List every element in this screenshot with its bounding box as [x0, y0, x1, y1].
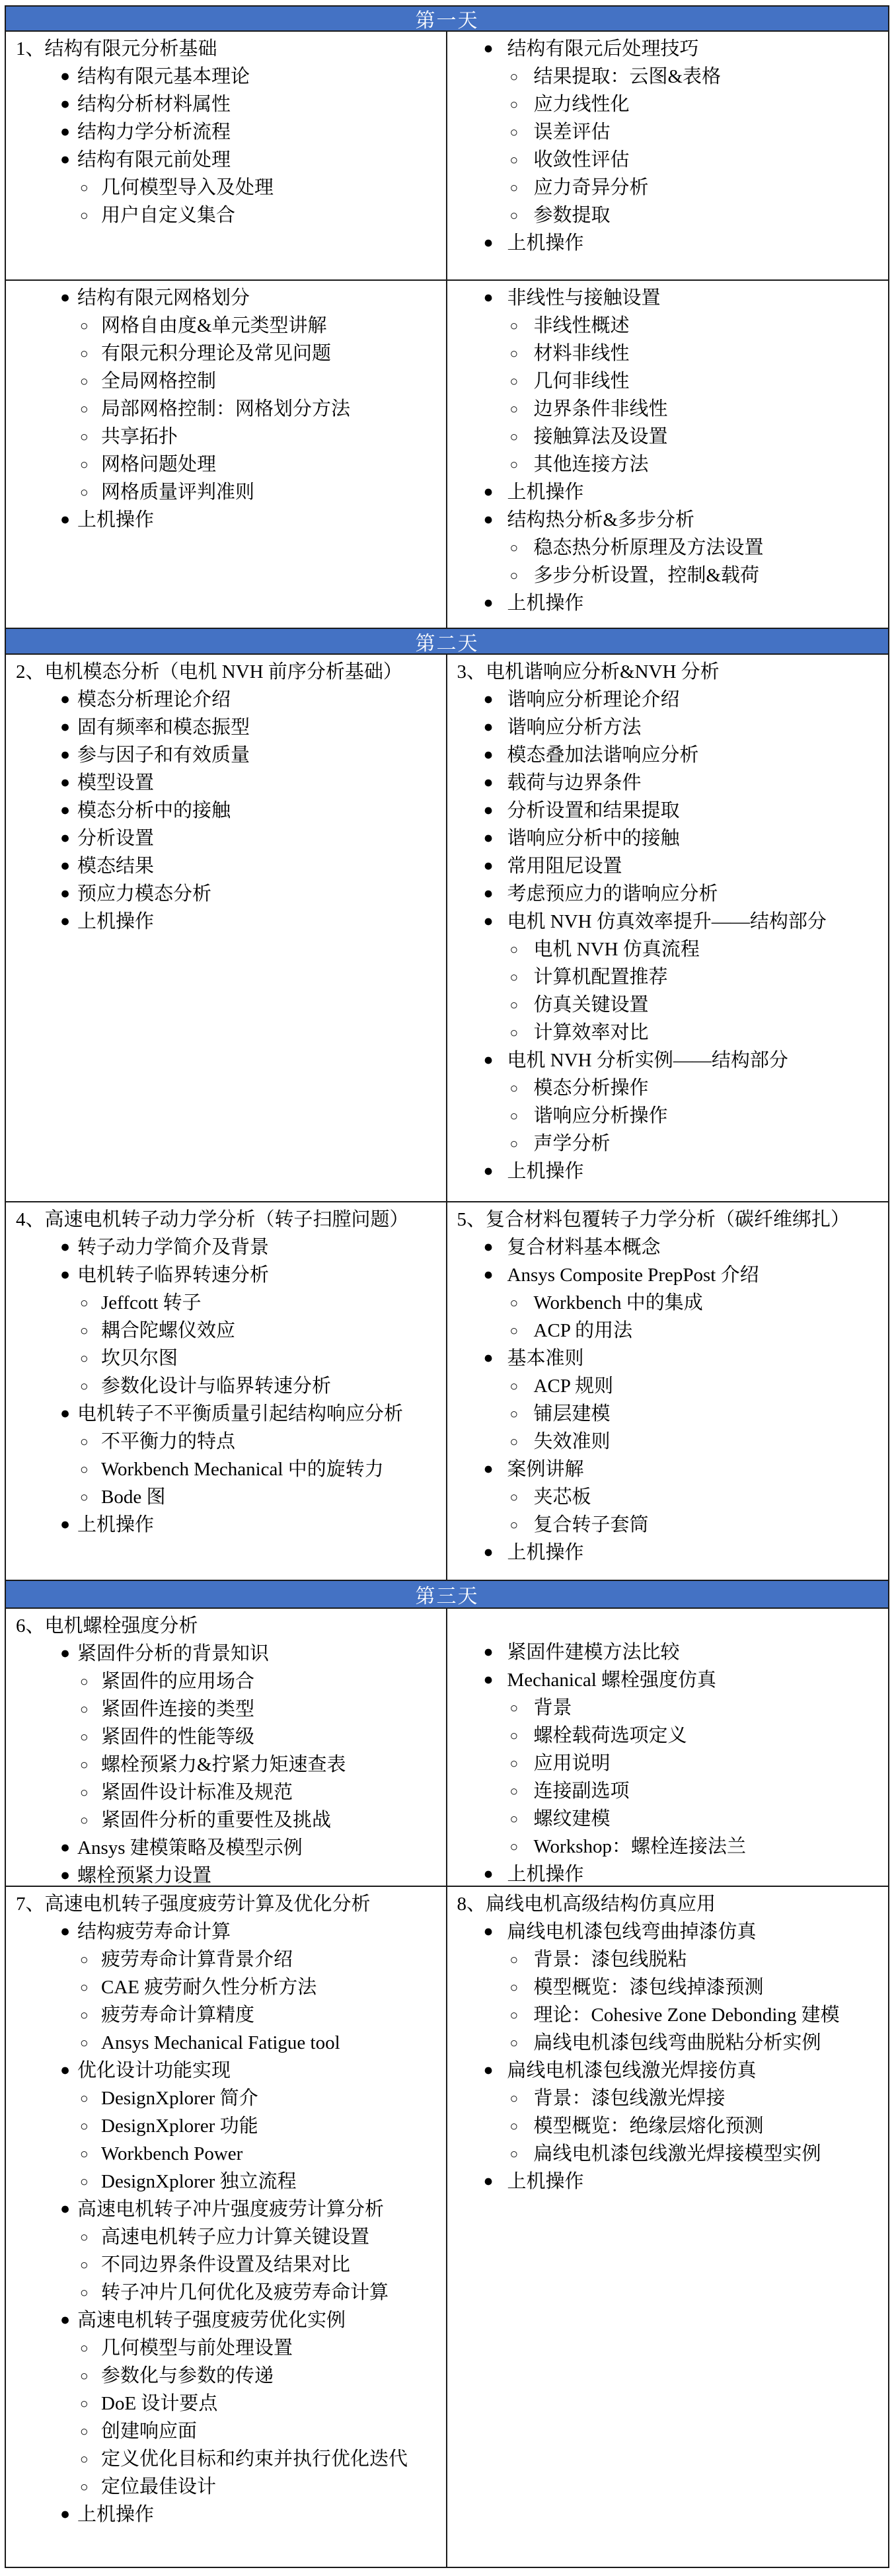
- course-outline-page: 第一天 1、结构有限元分析基础●结构有限元基本理论●结构分析材料属性●结构力学分…: [0, 0, 894, 2576]
- item-text: 接触算法及设置: [534, 423, 883, 451]
- item-text: 非线性概述: [534, 312, 883, 340]
- item-text: 结构有限元后处理技巧: [507, 35, 883, 63]
- list-item: ●谐响应分析方法: [447, 714, 883, 741]
- list-item: ●分析设置和结果提取: [447, 797, 883, 825]
- item-text: 非线性与接触设置: [507, 284, 883, 312]
- list-item: ○材料非线性: [447, 340, 883, 367]
- list-item: ○疲劳寿命计算精度: [6, 2001, 441, 2029]
- list-item: ○铺层建模: [447, 1400, 883, 1428]
- list-item: ○螺纹建模: [447, 1805, 883, 1833]
- list-item: ○ACP 的用法: [447, 1317, 883, 1344]
- disc-bullet-icon: ●: [60, 2306, 77, 2334]
- list-item: ○Workbench 中的集成: [447, 1289, 883, 1317]
- item-text: 坎贝尔图: [101, 1344, 441, 1372]
- list-item: ○不平衡力的特点: [6, 1428, 441, 1455]
- list-item: ●高速电机转子冲片强度疲劳计算分析: [6, 2195, 441, 2223]
- list-item: ○DoE 设计要点: [6, 2390, 441, 2417]
- item-text: 几何模型导入及处理: [101, 174, 441, 202]
- disc-bullet-icon: ●: [60, 118, 77, 146]
- circle-bullet-icon: ○: [510, 991, 534, 1019]
- disc-bullet-icon: ●: [484, 2057, 507, 2084]
- circle-bullet-icon: ○: [80, 423, 101, 451]
- list-item: ○网格自由度&单元类型讲解: [6, 312, 441, 340]
- item-text: 应力奇异分析: [534, 174, 883, 202]
- item-text: Ansys Mechanical Fatigue tool: [101, 2029, 441, 2057]
- item-text: 高速电机转子应力计算关键设置: [101, 2223, 441, 2251]
- list-item: ○稳态热分析原理及方法设置: [447, 534, 883, 562]
- list-item: ●模态叠加法谐响应分析: [447, 741, 883, 769]
- item-text: 转子动力学简介及背景: [77, 1233, 441, 1261]
- list-item: ○紧固件设计标准及规范: [6, 1779, 441, 1806]
- day-1-header: 第一天: [6, 7, 888, 32]
- disc-bullet-icon: ●: [484, 1261, 507, 1289]
- list-item: ○其他连接方法: [447, 451, 883, 478]
- disc-bullet-icon: ●: [60, 1640, 77, 1668]
- circle-bullet-icon: ○: [80, 1751, 101, 1779]
- list-item: ○谐响应分析操作: [447, 1102, 883, 1130]
- disc-bullet-icon: ●: [60, 1400, 77, 1428]
- table-cell: 1、结构有限元分析基础●结构有限元基本理论●结构分析材料属性●结构力学分析流程●…: [6, 32, 447, 279]
- list-item: ○转子冲片几何优化及疲劳寿命计算: [6, 2279, 441, 2306]
- circle-bullet-icon: ○: [80, 1455, 101, 1483]
- circle-bullet-icon: ○: [80, 1973, 101, 2001]
- list-item: ○背景: [447, 1694, 883, 1722]
- item-text: 夹芯板: [534, 1483, 883, 1511]
- circle-bullet-icon: ○: [510, 1289, 534, 1317]
- circle-bullet-icon: ○: [510, 1833, 534, 1860]
- item-text: 模态分析中的接触: [77, 797, 441, 825]
- circle-bullet-icon: ○: [510, 1694, 534, 1722]
- list-item: ○定义优化目标和约束并执行优化迭代: [6, 2445, 441, 2473]
- list-item: ○模态分析操作: [447, 1074, 883, 1102]
- section-heading: 6、电机螺栓强度分析: [6, 1612, 441, 1640]
- item-text: 上机操作: [507, 589, 883, 617]
- item-text: 上机操作: [507, 2168, 883, 2195]
- disc-bullet-icon: ●: [60, 1918, 77, 1946]
- circle-bullet-icon: ○: [80, 2001, 101, 2029]
- item-text: 扁线电机漆包线激光焊接模型实例: [534, 2140, 883, 2168]
- table-row: 6、电机螺栓强度分析●紧固件分析的背景知识○紧固件的应用场合○紧固件连接的类型○…: [6, 1609, 888, 1887]
- circle-bullet-icon: ○: [80, 2473, 101, 2501]
- item-text: 模态结果: [77, 852, 441, 880]
- list-item: ○参数化设计与临界转速分析: [6, 1372, 441, 1400]
- table-row: 7、高速电机转子强度疲劳计算及优化分析●结构疲劳寿命计算○疲劳寿命计算背景介绍○…: [6, 1887, 888, 2567]
- item-text: 高速电机转子冲片强度疲劳计算分析: [77, 2195, 441, 2223]
- item-text: 紧固件连接的类型: [101, 1695, 441, 1723]
- list-item: ●上机操作: [6, 908, 441, 936]
- item-text: 结果提取：云图&表格: [534, 63, 883, 91]
- circle-bullet-icon: ○: [80, 1723, 101, 1751]
- disc-bullet-icon: ●: [484, 880, 507, 908]
- item-text: 收敛性评估: [534, 146, 883, 174]
- list-item: ○计算机配置推荐: [447, 963, 883, 991]
- list-item: ●结构热分析&多步分析: [447, 506, 883, 534]
- list-item: ○螺栓预紧力&拧紧力矩速查表: [6, 1751, 441, 1779]
- section-title: 高速电机转子动力学分析（转子扫膛问题）: [45, 1206, 409, 1233]
- item-text: 扁线电机漆包线弯曲掉漆仿真: [507, 1918, 883, 1946]
- list-item: ●上机操作: [447, 478, 883, 506]
- list-item: ○用户自定义集合: [6, 202, 441, 229]
- disc-bullet-icon: ●: [484, 714, 507, 741]
- table-row: 1、结构有限元分析基础●结构有限元基本理论●结构分析材料属性●结构力学分析流程●…: [6, 32, 888, 281]
- item-text: 不平衡力的特点: [101, 1428, 441, 1455]
- list-item: ○模型概览：绝缘层熔化预测: [447, 2112, 883, 2140]
- section-number: 2、: [16, 658, 45, 686]
- list-item: ○理论：Cohesive Zone Debonding 建模: [447, 2001, 883, 2029]
- item-text: 分析设置和结果提取: [507, 797, 883, 825]
- disc-bullet-icon: ●: [60, 825, 77, 852]
- disc-bullet-icon: ●: [60, 880, 77, 908]
- disc-bullet-icon: ●: [484, 35, 507, 63]
- item-text: 背景：漆包线激光焊接: [534, 2084, 883, 2112]
- list-item: ●上机操作: [447, 589, 883, 617]
- disc-bullet-icon: ●: [484, 2168, 507, 2195]
- disc-bullet-icon: ●: [60, 852, 77, 880]
- list-item: ●上机操作: [447, 229, 883, 257]
- item-text: 疲劳寿命计算精度: [101, 2001, 441, 2029]
- disc-bullet-icon: ●: [60, 284, 77, 312]
- list-item: ●扁线电机漆包线弯曲掉漆仿真: [447, 1918, 883, 1946]
- section-heading: 7、高速电机转子强度疲劳计算及优化分析: [6, 1890, 441, 1918]
- list-item: ●谐响应分析理论介绍: [447, 686, 883, 714]
- item-text: 谐响应分析理论介绍: [507, 686, 883, 714]
- item-text: 有限元积分理论及常见问题: [101, 340, 441, 367]
- list-item: ○误差评估: [447, 118, 883, 146]
- circle-bullet-icon: ○: [510, 1483, 534, 1511]
- disc-bullet-icon: ●: [60, 797, 77, 825]
- section-heading: 3、电机谐响应分析&NVH 分析: [447, 658, 883, 686]
- item-text: 网格自由度&单元类型讲解: [101, 312, 441, 340]
- disc-bullet-icon: ●: [484, 1666, 507, 1694]
- item-text: Ansys 建模策略及模型示例: [77, 1834, 441, 1862]
- item-text: 上机操作: [507, 229, 883, 257]
- disc-bullet-icon: ●: [484, 908, 507, 936]
- list-item: ○耦合陀螺仪效应: [6, 1317, 441, 1344]
- disc-bullet-icon: ●: [60, 908, 77, 936]
- list-item: ○非线性概述: [447, 312, 883, 340]
- list-item: ○几何模型导入及处理: [6, 174, 441, 202]
- item-text: 参与因子和有效质量: [77, 741, 441, 769]
- item-text: 失效准则: [534, 1428, 883, 1455]
- section-number: 6、: [16, 1612, 45, 1640]
- list-item: ○紧固件的性能等级: [6, 1723, 441, 1751]
- table-cell: 8、扁线电机高级结构仿真应用●扁线电机漆包线弯曲掉漆仿真○背景：漆包线脱粘○模型…: [447, 1887, 889, 2567]
- circle-bullet-icon: ○: [510, 963, 534, 991]
- item-text: 高速电机转子强度疲劳优化实例: [77, 2306, 441, 2334]
- list-item: ○几何非线性: [447, 367, 883, 395]
- circle-bullet-icon: ○: [510, 1722, 534, 1749]
- list-item: ●Mechanical 螺栓强度仿真: [447, 1666, 883, 1694]
- disc-bullet-icon: ●: [484, 1233, 507, 1261]
- list-item: ●模态分析中的接触: [6, 797, 441, 825]
- item-text: 结构力学分析流程: [77, 118, 441, 146]
- item-text: Workshop：螺栓连接法兰: [534, 1833, 883, 1860]
- item-text: 螺栓预紧力&拧紧力矩速查表: [101, 1751, 441, 1779]
- list-item: ○CAE 疲劳耐久性分析方法: [6, 1973, 441, 2001]
- circle-bullet-icon: ○: [80, 1946, 101, 1973]
- item-text: 理论：Cohesive Zone Debonding 建模: [534, 2001, 883, 2029]
- list-item: ●参与因子和有效质量: [6, 741, 441, 769]
- circle-bullet-icon: ○: [80, 2168, 101, 2195]
- disc-bullet-icon: ●: [60, 769, 77, 797]
- list-item: ●模型设置: [6, 769, 441, 797]
- circle-bullet-icon: ○: [80, 1317, 101, 1344]
- section-title: 电机谐响应分析&NVH 分析: [486, 658, 720, 686]
- list-item: ●载荷与边界条件: [447, 769, 883, 797]
- disc-bullet-icon: ●: [484, 741, 507, 769]
- item-text: 共享拓扑: [101, 423, 441, 451]
- list-item: ●紧固件建模方法比较: [447, 1638, 883, 1666]
- item-text: 用户自定义集合: [101, 202, 441, 229]
- list-item: ○扁线电机漆包线激光焊接模型实例: [447, 2140, 883, 2168]
- list-item: ●电机 NVH 分析实例——结构部分: [447, 1047, 883, 1074]
- disc-bullet-icon: ●: [60, 2501, 77, 2528]
- list-item: ●谐响应分析中的接触: [447, 825, 883, 852]
- item-text: 紧固件建模方法比较: [507, 1638, 883, 1666]
- list-item: ●结构有限元网格划分: [6, 284, 441, 312]
- item-text: 电机 NVH 分析实例——结构部分: [507, 1047, 883, 1074]
- list-item: ○定位最佳设计: [6, 2473, 441, 2501]
- list-item: ○不同边界条件设置及结果对比: [6, 2251, 441, 2279]
- section-heading: 5、复合材料包覆转子力学分析（碳纤维绑扎）: [447, 1206, 883, 1233]
- item-text: 优化设计功能实现: [77, 2057, 441, 2084]
- circle-bullet-icon: ○: [80, 2084, 101, 2112]
- circle-bullet-icon: ○: [80, 1779, 101, 1806]
- list-item: ●上机操作: [6, 1511, 441, 1539]
- item-text: 模态分析操作: [534, 1074, 883, 1102]
- item-text: 定义优化目标和约束并执行优化迭代: [101, 2445, 441, 2473]
- circle-bullet-icon: ○: [510, 1074, 534, 1102]
- circle-bullet-icon: ○: [510, 2140, 534, 2168]
- item-text: ACP 的用法: [534, 1317, 883, 1344]
- item-text: 多步分析设置，控制&载荷: [534, 562, 883, 589]
- list-item: ○边界条件非线性: [447, 395, 883, 423]
- item-text: 不同边界条件设置及结果对比: [101, 2251, 441, 2279]
- disc-bullet-icon: ●: [484, 1047, 507, 1074]
- disc-bullet-icon: ●: [484, 1344, 507, 1372]
- section-heading: 1、结构有限元分析基础: [6, 35, 441, 63]
- list-item: ●非线性与接触设置: [447, 284, 883, 312]
- list-item: ○应力奇异分析: [447, 174, 883, 202]
- circle-bullet-icon: ○: [510, 146, 534, 174]
- item-text: 基本准则: [507, 1344, 883, 1372]
- disc-bullet-icon: ●: [484, 1539, 507, 1566]
- disc-bullet-icon: ●: [484, 825, 507, 852]
- circle-bullet-icon: ○: [80, 1668, 101, 1695]
- circle-bullet-icon: ○: [80, 395, 101, 423]
- list-item: ○紧固件的应用场合: [6, 1668, 441, 1695]
- list-item: ●结构疲劳寿命计算: [6, 1918, 441, 1946]
- disc-bullet-icon: ●: [60, 1834, 77, 1862]
- item-text: DoE 设计要点: [101, 2390, 441, 2417]
- item-text: DesignXplorer 简介: [101, 2084, 441, 2112]
- list-item: ●上机操作: [6, 2501, 441, 2528]
- disc-bullet-icon: ●: [60, 1233, 77, 1261]
- item-text: Bode 图: [101, 1483, 441, 1511]
- item-text: 网格问题处理: [101, 451, 441, 478]
- circle-bullet-icon: ○: [510, 2084, 534, 2112]
- disc-bullet-icon: ●: [60, 91, 77, 118]
- item-text: 边界条件非线性: [534, 395, 883, 423]
- list-item: ○ACP 规则: [447, 1372, 883, 1400]
- item-text: 结构疲劳寿命计算: [77, 1918, 441, 1946]
- list-item: ●案例讲解: [447, 1455, 883, 1483]
- table-cell: 7、高速电机转子强度疲劳计算及优化分析●结构疲劳寿命计算○疲劳寿命计算背景介绍○…: [6, 1887, 447, 2567]
- day-3-header: 第三天: [6, 1581, 888, 1609]
- circle-bullet-icon: ○: [510, 1400, 534, 1428]
- section-number: 3、: [457, 658, 486, 686]
- circle-bullet-icon: ○: [80, 2390, 101, 2417]
- item-text: Workbench Mechanical 中的旋转力: [101, 1455, 441, 1483]
- disc-bullet-icon: ●: [60, 1862, 77, 1886]
- table-cell: 4、高速电机转子动力学分析（转子扫膛问题）●转子动力学简介及背景●电机转子临界转…: [6, 1202, 447, 1580]
- list-item: ○DesignXplorer 简介: [6, 2084, 441, 2112]
- item-text: 模态分析理论介绍: [77, 686, 441, 714]
- item-text: 固有频率和模态振型: [77, 714, 441, 741]
- list-item: ○网格质量评判准则: [6, 478, 441, 506]
- circle-bullet-icon: ○: [80, 2112, 101, 2140]
- circle-bullet-icon: ○: [510, 63, 534, 91]
- item-text: 紧固件的性能等级: [101, 1723, 441, 1751]
- list-item: ○坎贝尔图: [6, 1344, 441, 1372]
- circle-bullet-icon: ○: [510, 1372, 534, 1400]
- list-item: ○局部网格控制：网格划分方法: [6, 395, 441, 423]
- item-text: Mechanical 螺栓强度仿真: [507, 1666, 883, 1694]
- list-item: ○Workbench Power: [6, 2140, 441, 2168]
- circle-bullet-icon: ○: [510, 91, 534, 118]
- section-number: 4、: [16, 1206, 45, 1233]
- list-item: ●固有频率和模态振型: [6, 714, 441, 741]
- list-item: ○复合转子套筒: [447, 1511, 883, 1539]
- item-text: 电机转子不平衡质量引起结构响应分析: [77, 1400, 441, 1428]
- list-item: ○高速电机转子应力计算关键设置: [6, 2223, 441, 2251]
- disc-bullet-icon: ●: [484, 852, 507, 880]
- item-text: 扁线电机漆包线激光焊接仿真: [507, 2057, 883, 2084]
- circle-bullet-icon: ○: [80, 340, 101, 367]
- list-item: ○参数化与参数的传递: [6, 2362, 441, 2390]
- list-item: ○全局网格控制: [6, 367, 441, 395]
- list-item: ●上机操作: [6, 506, 441, 534]
- list-item: ○结果提取：云图&表格: [447, 63, 883, 91]
- list-item: ●Ansys 建模策略及模型示例: [6, 1834, 441, 1862]
- item-text: 紧固件的应用场合: [101, 1668, 441, 1695]
- list-item: ○多步分析设置，控制&载荷: [447, 562, 883, 589]
- disc-bullet-icon: ●: [60, 2195, 77, 2223]
- item-text: 模态叠加法谐响应分析: [507, 741, 883, 769]
- item-text: 紧固件分析的背景知识: [77, 1640, 441, 1668]
- item-text: 上机操作: [507, 1158, 883, 1185]
- section-heading: 8、扁线电机高级结构仿真应用: [447, 1890, 883, 1918]
- item-text: 网格质量评判准则: [101, 478, 441, 506]
- section-title: 电机螺栓强度分析: [45, 1612, 198, 1640]
- circle-bullet-icon: ○: [510, 312, 534, 340]
- item-text: 稳态热分析原理及方法设置: [534, 534, 883, 562]
- list-item: ●预应力模态分析: [6, 880, 441, 908]
- circle-bullet-icon: ○: [80, 1289, 101, 1317]
- item-text: Jeffcott 转子: [101, 1289, 441, 1317]
- circle-bullet-icon: ○: [510, 1019, 534, 1047]
- table-row: ●结构有限元网格划分○网格自由度&单元类型讲解○有限元积分理论及常见问题○全局网…: [6, 281, 888, 629]
- item-text: 模型概览：漆包线掉漆预测: [534, 1973, 883, 2001]
- item-text: CAE 疲劳耐久性分析方法: [101, 1973, 441, 2001]
- disc-bullet-icon: ●: [484, 1918, 507, 1946]
- list-item: ●上机操作: [447, 1158, 883, 1185]
- list-item: ○Workbench Mechanical 中的旋转力: [6, 1455, 441, 1483]
- circle-bullet-icon: ○: [80, 2140, 101, 2168]
- circle-bullet-icon: ○: [80, 2417, 101, 2445]
- table-cell: ●结构有限元后处理技巧○结果提取：云图&表格○应力线性化○误差评估○收敛性评估○…: [447, 32, 889, 279]
- disc-bullet-icon: ●: [484, 478, 507, 506]
- item-text: 应用说明: [534, 1749, 883, 1777]
- item-text: 疲劳寿命计算背景介绍: [101, 1946, 441, 1973]
- circle-bullet-icon: ○: [80, 2223, 101, 2251]
- day-2-header: 第二天: [6, 629, 888, 655]
- item-text: 谐响应分析方法: [507, 714, 883, 741]
- section-title: 高速电机转子强度疲劳计算及优化分析: [45, 1890, 371, 1918]
- circle-bullet-icon: ○: [80, 1372, 101, 1400]
- item-text: 载荷与边界条件: [507, 769, 883, 797]
- disc-bullet-icon: ●: [484, 506, 507, 534]
- disc-bullet-icon: ●: [60, 741, 77, 769]
- circle-bullet-icon: ○: [80, 1806, 101, 1834]
- section-title: 结构有限元分析基础: [45, 35, 217, 63]
- list-item: ●结构分析材料属性: [6, 91, 441, 118]
- circle-bullet-icon: ○: [80, 2029, 101, 2057]
- list-item: ○计算效率对比: [447, 1019, 883, 1047]
- item-text: 案例讲解: [507, 1455, 883, 1483]
- section-number: 8、: [457, 1890, 486, 1918]
- item-text: 电机转子临界转速分析: [77, 1261, 441, 1289]
- list-item: ○Workshop：螺栓连接法兰: [447, 1833, 883, 1860]
- item-text: 参数提取: [534, 202, 883, 229]
- circle-bullet-icon: ○: [510, 1130, 534, 1158]
- item-text: 分析设置: [77, 825, 441, 852]
- circle-bullet-icon: ○: [510, 340, 534, 367]
- circle-bullet-icon: ○: [80, 1428, 101, 1455]
- table-cell: 6、电机螺栓强度分析●紧固件分析的背景知识○紧固件的应用场合○紧固件连接的类型○…: [6, 1609, 447, 1886]
- list-item: ○扁线电机漆包线弯曲脱粘分析实例: [447, 2029, 883, 2057]
- disc-bullet-icon: ●: [60, 1261, 77, 1289]
- list-item: ○几何模型与前处理设置: [6, 2334, 441, 2362]
- item-text: 考虑预应力的谐响应分析: [507, 880, 883, 908]
- list-item: ○Ansys Mechanical Fatigue tool: [6, 2029, 441, 2057]
- item-text: Ansys Composite PrepPost 介绍: [507, 1261, 883, 1289]
- disc-bullet-icon: ●: [484, 797, 507, 825]
- list-item: ○应用说明: [447, 1749, 883, 1777]
- disc-bullet-icon: ●: [60, 714, 77, 741]
- list-item: ●复合材料基本概念: [447, 1233, 883, 1261]
- list-item: ●考虑预应力的谐响应分析: [447, 880, 883, 908]
- disc-bullet-icon: ●: [60, 1511, 77, 1539]
- list-item: ○创建响应面: [6, 2417, 441, 2445]
- item-text: 定位最佳设计: [101, 2473, 441, 2501]
- table-row: 2、电机模态分析（电机 NVH 前序分析基础）●模态分析理论介绍●固有频率和模态…: [6, 655, 888, 1202]
- disc-bullet-icon: ●: [60, 686, 77, 714]
- disc-bullet-icon: ●: [484, 1455, 507, 1483]
- list-item: ○紧固件分析的重要性及挑战: [6, 1806, 441, 1834]
- list-item: ○共享拓扑: [6, 423, 441, 451]
- item-text: 结构有限元前处理: [77, 146, 441, 174]
- circle-bullet-icon: ○: [510, 534, 534, 562]
- circle-bullet-icon: ○: [510, 2001, 534, 2029]
- section-number: 7、: [16, 1890, 45, 1918]
- section-number: 1、: [16, 35, 45, 63]
- circle-bullet-icon: ○: [80, 202, 101, 229]
- list-item: ●结构有限元基本理论: [6, 63, 441, 91]
- list-item: ○DesignXplorer 独立流程: [6, 2168, 441, 2195]
- item-text: 误差评估: [534, 118, 883, 146]
- circle-bullet-icon: ○: [510, 1749, 534, 1777]
